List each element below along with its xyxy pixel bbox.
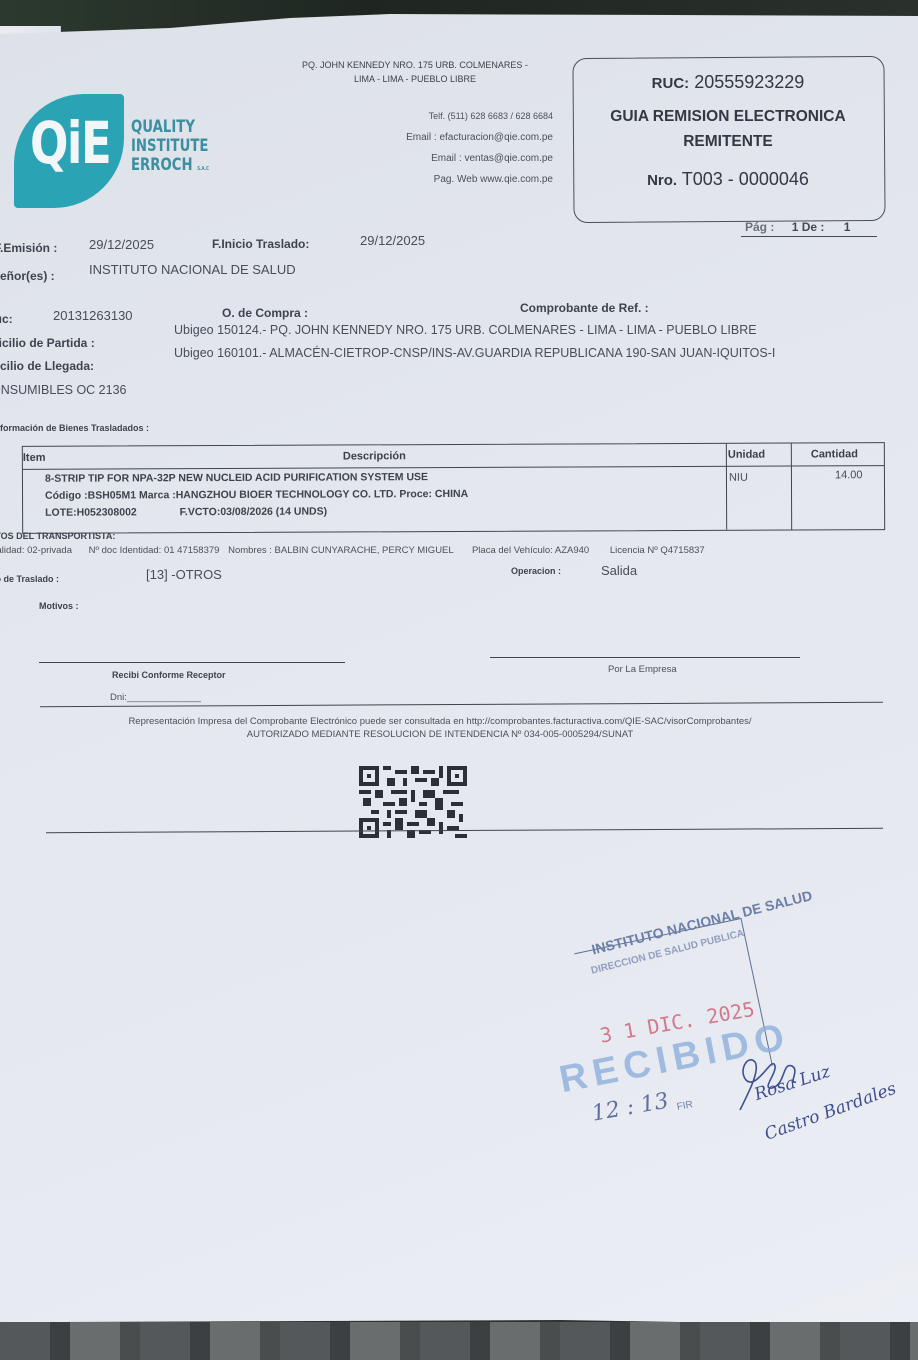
page-current: 1 [792, 220, 799, 234]
reasons-label: Motivos : [39, 601, 79, 611]
emission-date-value: 29/12/2025 [89, 237, 154, 252]
carrier-name: Nombres : BALBIN CUNYARACHE, PERCY MIGUE… [228, 545, 453, 556]
reference-voucher-label: Comprobante de Ref. : [520, 301, 649, 315]
operation-value: Salida [601, 563, 637, 578]
issuer-address: PQ. JOHN KENNEDY NRO. 175 URB. COLMENARE… [280, 58, 550, 86]
page-total: 1 [844, 220, 851, 234]
receptor-label: Recibi Conforme Receptor [112, 670, 226, 680]
dni-field: Dni:______________ [110, 692, 201, 703]
item-unit: NIU [729, 472, 748, 484]
page-of-label: De : [802, 220, 825, 234]
origin-address-value: Ubigeo 150124.- PQ. JOHN KENNEDY NRO. 17… [174, 323, 757, 337]
logo-line-quality: QUALITY [131, 118, 209, 137]
logo-suffix: S.A.C [197, 166, 209, 172]
customer-value: INSTITUTO NACIONAL DE SALUD [89, 262, 296, 277]
item-quantity: 14.00 [835, 469, 863, 481]
ruc-value: 20555923229 [694, 72, 804, 92]
stamp-signature-label: FIR [676, 1099, 694, 1113]
ruc-label: RUC: [652, 75, 690, 92]
carrier-section-label: DATOS DEL TRANSPORTISTA: [0, 531, 115, 541]
document-number-value: T003 - 0000046 [682, 169, 809, 189]
company-signature-line [490, 657, 800, 658]
customer-label: Señor(es) : [0, 269, 55, 283]
issuer-email-billing: Email : efacturacion@qie.com.pe [340, 127, 553, 148]
qr-code [359, 766, 467, 838]
page-label: Pág : [745, 220, 774, 234]
destination-address-value: Ubigeo 160101.- ALMACÉN-CIETROP-CNSP/INS… [174, 346, 775, 360]
transfer-reason-label: Motivo de Traslado : [0, 574, 59, 584]
logo-line-erroch: ERROCH [131, 155, 193, 175]
issuer-email-sales: Email : ventas@qie.com.pe [340, 148, 553, 169]
issuer-contact: Telf. (511) 628 6683 / 628 6684 Email : … [340, 106, 553, 190]
table-row: 8-STRIP TIP FOR NPA-32P NEW NUCLEID ACID… [45, 468, 715, 522]
document-page: QiE QUALITY INSTITUTE ERROCH S.A.C PQ. J… [0, 14, 918, 1328]
company-logo-name: QUALITY INSTITUTE ERROCH S.A.C [131, 118, 209, 179]
issuer-address-line2: LIMA - LIMA - PUEBLO LIBRE [280, 72, 550, 86]
operation-label: Operacion : [511, 566, 561, 576]
background-surface-bottom [0, 1322, 918, 1360]
legal-footer: Representación Impresa del Comprobante E… [40, 715, 840, 741]
transfer-start-label: F.Inicio Traslado: [212, 237, 309, 251]
column-header-unit: Unidad [728, 449, 765, 461]
document-number: Nro. T003 - 0000046 [573, 169, 883, 190]
destination-address-label: Domicilio de Llegada: [0, 359, 94, 373]
page-indicator: Pág : 1 De : 1 [741, 220, 877, 237]
item-lot-expiry: LOTE:H052308002 F.VCTO:03/08/2026 (14 UN… [45, 502, 715, 522]
emission-date-label: F.Emisión : [0, 241, 57, 255]
column-header-item: Item [23, 452, 46, 464]
goods-table: Item Descripción Unidad Cantidad 8-STRIP… [22, 442, 885, 534]
observation-note: CONSUMIBLES OC 2136 [0, 383, 127, 397]
carrier-id-doc: Nº doc Identidad: 01 47158379 [89, 545, 220, 556]
document-number-label: Nro. [647, 172, 677, 189]
ruc-line: RUC: 20555923229 [573, 72, 883, 93]
item-lot: LOTE:H052308002 [45, 506, 137, 518]
company-logo-mark: QiE [30, 109, 110, 177]
document-title-line2: REMITENTE [573, 129, 883, 154]
customer-ruc-label: Ruc: [0, 312, 13, 326]
driver-license: Licencia Nº Q4715837 [610, 545, 705, 556]
column-header-quantity: Cantidad [811, 448, 858, 460]
column-header-description: Descripción [343, 450, 406, 462]
origin-address-label: Domicilio de Partida : [0, 336, 95, 350]
carrier-mode: Modalidad: 02-privada [0, 545, 72, 556]
footer-authorization: AUTORIZADO MEDIANTE RESOLUCION DE INTEND… [40, 728, 840, 741]
transfer-start-value: 29/12/2025 [360, 233, 425, 248]
issuer-address-line1: PQ. JOHN KENNEDY NRO. 175 URB. COLMENARE… [280, 58, 550, 72]
issuer-website: Pag. Web www.qie.com.pe [340, 169, 553, 190]
purchase-order-label: O. de Compra : [222, 306, 308, 320]
document-title: GUIA REMISION ELECTRONICA REMITENTE [573, 104, 883, 154]
item-expiry: F.VCTO:03/08/2026 (14 UNDS) [180, 506, 328, 519]
vehicle-plate: Placa del Vehículo: AZA940 [472, 545, 589, 556]
issuer-phone: Telf. (511) 628 6683 / 628 6684 [340, 106, 553, 127]
customer-ruc-value: 20131263130 [53, 308, 133, 323]
document-title-line1: GUIA REMISION ELECTRONICA [573, 104, 883, 129]
receptor-signature-line [39, 662, 345, 663]
footer-consult-url: Representación Impresa del Comprobante E… [40, 715, 840, 728]
transfer-reason-value: [13] -OTROS [146, 567, 222, 582]
goods-section-label: Información de Bienes Trasladados : [0, 423, 149, 433]
carrier-details: Modalidad: 02-privada Nº doc Identidad: … [0, 545, 705, 556]
logo-line-institute: INSTITUTE [131, 137, 209, 156]
company-label: Por La Empresa [608, 664, 677, 675]
